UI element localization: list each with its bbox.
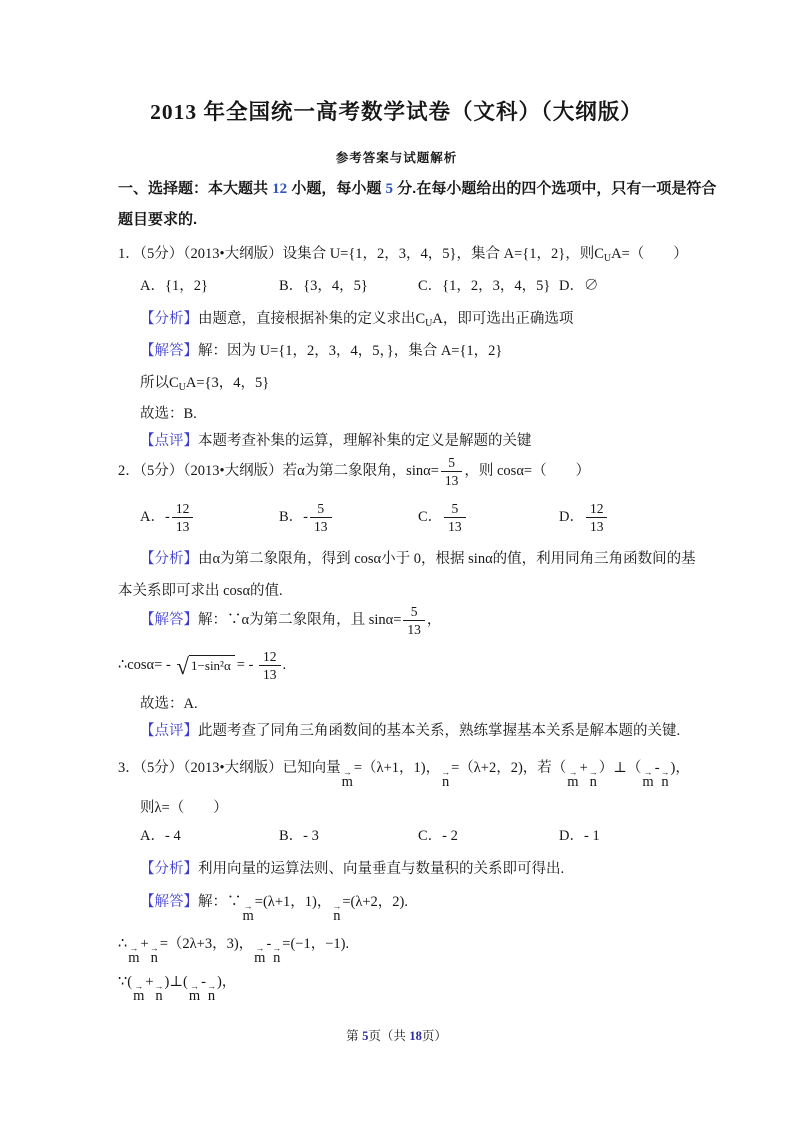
- q1-comment-text: 本题考查补集的运算，理解补集的定义是解题的关键: [198, 433, 532, 449]
- option-label: D．: [559, 278, 584, 294]
- vector-m: →m: [342, 769, 353, 790]
- q1-analysis-text: A，即可选出正确选项: [432, 311, 573, 327]
- section-heading-line1: 一、选择题：本大题共 12 小题，每小题 5 分.在每小题给出的四个选项中，只有…: [118, 174, 716, 204]
- q1-answer-line1: 【解答】解：因为 U={1，2，3，4，5，}，集合 A={1，2}: [140, 335, 502, 367]
- vector-letter: m: [133, 989, 144, 1004]
- fraction-denominator: 13: [586, 518, 608, 534]
- q3-answer-line1: 【解答】解：∵→m=(λ+1，1)，→n=(λ+2，2).: [140, 882, 408, 924]
- option-label: A．: [140, 278, 165, 294]
- q2-answer-text: 解：∵α为第二象限角，且 sinα=: [198, 612, 401, 628]
- page-footer: 第 5页（共 18页）: [0, 1020, 793, 1052]
- q2-stem: 2．（5分）（2013•大纲版）若α为第二象限角，sinα=513，则 cosα…: [118, 449, 590, 493]
- option-label: A．: [140, 509, 165, 525]
- vector-letter: m: [189, 989, 200, 1004]
- option-value: - 4: [165, 828, 181, 844]
- fraction: 1213: [259, 649, 281, 682]
- vector-m: →m: [243, 903, 254, 924]
- q3-stem-text: ）⊥（: [599, 760, 642, 776]
- option-value: {3，4，5}: [303, 278, 368, 294]
- vector-letter: m: [567, 775, 578, 790]
- answer-label: 【解答】: [140, 612, 198, 628]
- section-text: 分.在每小题给出的四个选项中，只有一项是符合: [393, 180, 716, 197]
- footer-text: 第: [346, 1029, 362, 1043]
- vector-m: →m: [567, 769, 578, 790]
- q2-answer-line1: 【解答】解：∵α为第二象限角，且 sinα=513，: [140, 598, 441, 642]
- radical-sign: √: [176, 656, 189, 678]
- fraction-numerator: 5: [444, 501, 466, 518]
- vector-letter: m: [243, 909, 254, 924]
- fraction-denominator: 13: [444, 518, 466, 534]
- vector-letter: m: [254, 951, 265, 966]
- q2-answer-text: ，: [427, 612, 442, 628]
- q3-stem-text: -: [655, 760, 660, 776]
- q3-stem-line1: 3．（5分）（2013•大纲版）已知向量→m=（λ+1，1)，→n=（λ+2，2…: [118, 750, 690, 790]
- q2-options: A．-1213 B．-513 C．513 D．1213: [140, 493, 675, 541]
- fraction-numerator: 5: [310, 501, 332, 518]
- q2-comment-text: 此题考查了同角三角函数间的基本关系，熟练掌握基本关系是解本题的关键.: [198, 723, 680, 739]
- q3-option-c: C．- 2: [418, 820, 559, 852]
- fraction-numerator: 5: [441, 455, 463, 472]
- q3-stem-text: )，: [671, 760, 690, 776]
- q3-stem-text: =（λ+1，1)，: [354, 760, 440, 776]
- fraction: 1213: [172, 501, 194, 534]
- footer-text: 页）: [422, 1029, 447, 1043]
- vector-letter: n: [155, 989, 162, 1004]
- q1-stem-text: A=（ ）: [611, 246, 688, 262]
- q3-answer-line2: ∴→m+→n=（2λ+3，3)，→m-→n=(−1，−1).: [118, 924, 349, 966]
- section-text: 一、选择题：本大题共: [118, 180, 272, 197]
- vector-n: →n: [661, 769, 670, 790]
- vector-letter: n: [590, 775, 597, 790]
- vector-m: →m: [642, 769, 653, 790]
- option-label: B．: [279, 828, 303, 844]
- fraction: 513: [441, 455, 463, 488]
- q2-option-d: D．1213: [559, 493, 675, 541]
- vector-m: →m: [189, 983, 200, 1004]
- square-root-expression: √1−sin²α: [176, 655, 234, 677]
- section-text: 小题，每小题: [287, 180, 385, 197]
- fraction: 513: [310, 501, 332, 534]
- vector-letter: n: [661, 775, 668, 790]
- exam-document-page: 2013 年全国统一高考数学试卷（文科）（大纲版） 参考答案与试题解析 一、选择…: [0, 0, 793, 1122]
- q3-answer-text: =（2λ+3，3)，: [160, 936, 253, 952]
- question-count: 12: [272, 181, 287, 197]
- option-sign: -: [303, 509, 308, 525]
- q2-stem-text: 2．（5分）（2013•大纲版）若α为第二象限角，sinα=: [118, 463, 439, 479]
- vector-m: →m: [254, 945, 265, 966]
- q2-answer-line2: ∴cosα= - √1−sin²α= - 1213.: [118, 641, 286, 689]
- option-value: ∅: [584, 278, 599, 294]
- option-label: A．: [140, 828, 165, 844]
- option-label: C．: [418, 509, 442, 525]
- q3-answer-line3: ∵(→m+→n)⊥(→m-→n)，: [118, 962, 236, 1004]
- fraction: 1213: [586, 501, 608, 534]
- option-label: D．: [559, 828, 584, 844]
- q3-option-b: B．- 3: [279, 820, 418, 852]
- fraction: 513: [444, 501, 466, 534]
- comment-label: 【点评】: [140, 433, 198, 449]
- q1-analysis: 【分析】由题意，直接根据补集的定义求出CUA，即可选出正确选项: [140, 303, 573, 335]
- fraction-numerator: 12: [586, 501, 608, 518]
- q1-answer-text: 解：因为 U={1，2，3，4，5，}，集合 A={1，2}: [198, 343, 502, 359]
- q2-option-a: A．-1213: [140, 493, 279, 541]
- fraction-numerator: 12: [259, 649, 281, 666]
- fraction-denominator: 13: [310, 518, 332, 534]
- q1-stem: 1．（5分）（2013•大纲版）设集合 U={1，2，3，4，5}，集合 A={…: [118, 238, 688, 270]
- q3-answer-text: +: [145, 974, 153, 990]
- q2-stem-text: ，则 cosα=（ ）: [464, 463, 590, 479]
- analysis-label: 【分析】: [140, 311, 198, 327]
- option-label: B．: [279, 509, 303, 525]
- option-label: D．: [559, 509, 584, 525]
- q3-answer-text: =(λ+1，1)，: [255, 894, 332, 910]
- answer-label: 【解答】: [140, 343, 198, 359]
- q3-answer-text: )⊥(: [165, 974, 188, 990]
- q1-option-d: D．∅: [559, 270, 675, 302]
- q3-option-d: D．- 1: [559, 820, 675, 852]
- option-value: {1，2，3，4，5}: [442, 278, 550, 294]
- comment-label: 【点评】: [140, 723, 198, 739]
- fraction-denominator: 13: [172, 518, 194, 534]
- q3-stem-text: 3．（5分）（2013•大纲版）已知向量: [118, 760, 341, 776]
- vector-n: →n: [441, 769, 450, 790]
- option-value: {1，2}: [165, 278, 208, 294]
- answer-label: 【解答】: [140, 894, 198, 910]
- q2-answer-text: = -: [237, 657, 257, 673]
- vector-n: →n: [272, 945, 281, 966]
- q1-option-b: B．{3，4，5}: [279, 270, 418, 302]
- q1-option-a: A．{1，2}: [140, 270, 279, 302]
- analysis-label: 【分析】: [140, 551, 198, 567]
- q3-answer-text: -: [266, 936, 271, 952]
- option-value: - 3: [303, 828, 319, 844]
- vector-letter: n: [208, 989, 215, 1004]
- q3-answer-text: +: [141, 936, 149, 952]
- q3-answer-text: -: [201, 974, 206, 990]
- fraction: 513: [403, 604, 425, 637]
- option-label: C．: [418, 278, 442, 294]
- q2-analysis-text: 由α为第二象限角，得到 cosα小于 0，根据 sinα的值，利用同角三角函数间…: [198, 551, 696, 567]
- total-page-count: 18: [409, 1029, 422, 1043]
- q1-answer-text: A={3，4，5}: [186, 375, 269, 391]
- fraction-denominator: 13: [403, 621, 425, 637]
- points-per-question: 5: [386, 181, 394, 197]
- page-subtitle: 参考答案与试题解析: [0, 142, 793, 174]
- q3-answer-text: 解：∵: [198, 894, 242, 910]
- vector-letter: m: [342, 775, 353, 790]
- q1-stem-text: 1．（5分）（2013•大纲版）设集合 U={1，2，3，4，5}，集合 A={…: [118, 246, 604, 262]
- q3-analysis: 【分析】利用向量的运算法则、向量垂直与数量积的关系即可得出.: [140, 853, 564, 885]
- q2-analysis-line1: 【分析】由α为第二象限角，得到 cosα小于 0，根据 sinα的值，利用同角三…: [140, 543, 696, 575]
- q3-answer-text: ∵(: [118, 974, 132, 990]
- vector-letter: m: [642, 775, 653, 790]
- vector-letter: n: [442, 775, 449, 790]
- q2-comment: 【点评】此题考查了同角三角函数间的基本关系，熟练掌握基本关系是解本题的关键.: [140, 715, 680, 747]
- option-sign: -: [165, 509, 170, 525]
- option-value: - 1: [584, 828, 600, 844]
- q3-stem-text: +: [580, 760, 588, 776]
- q2-option-b: B．-513: [279, 493, 418, 541]
- q1-options: A．{1，2} B．{3，4，5} C．{1，2，3，4，5} D．∅: [140, 270, 675, 302]
- vector-n: →n: [332, 903, 341, 924]
- q3-answer-text: =(−1，−1).: [282, 936, 349, 952]
- q1-analysis-text: 由题意，直接根据补集的定义求出C: [198, 311, 425, 327]
- vector-letter: n: [273, 951, 280, 966]
- q1-answer-text: 所以C: [140, 375, 179, 391]
- q1-answer-line2: 所以CUA={3，4，5}: [140, 367, 269, 399]
- option-label: B．: [279, 278, 303, 294]
- footer-text: 页（共: [368, 1029, 409, 1043]
- vector-n: →n: [207, 983, 216, 1004]
- q3-stem-text: =（λ+2，2)，若（: [451, 760, 566, 776]
- vector-m: →m: [133, 983, 144, 1004]
- q3-analysis-text: 利用向量的运算法则、向量垂直与数量积的关系即可得出.: [198, 861, 564, 877]
- option-value: - 2: [442, 828, 458, 844]
- section-heading-line2: 题目要求的.: [118, 205, 197, 235]
- q3-answer-text: )，: [217, 974, 236, 990]
- vector-n: →n: [589, 769, 598, 790]
- q3-options: A．- 4 B．- 3 C．- 2 D．- 1: [140, 820, 675, 852]
- q2-option-c: C．513: [418, 493, 559, 541]
- fraction-numerator: 12: [172, 501, 194, 518]
- radicand: 1−sin²α: [189, 655, 235, 674]
- q2-answer-text: .: [283, 657, 287, 673]
- q3-answer-text: =(λ+2，2).: [342, 894, 408, 910]
- fraction-denominator: 13: [259, 666, 281, 682]
- q2-answer-text: ∴cosα= -: [118, 657, 174, 673]
- fraction-denominator: 13: [441, 472, 463, 488]
- analysis-label: 【分析】: [140, 861, 198, 877]
- fraction-numerator: 5: [403, 604, 425, 621]
- page-title: 2013 年全国统一高考数学试卷（文科）（大纲版）: [0, 96, 793, 128]
- q1-option-c: C．{1，2，3，4，5}: [418, 270, 559, 302]
- vector-n: →n: [155, 983, 164, 1004]
- q3-answer-text: ∴: [118, 936, 127, 952]
- option-label: C．: [418, 828, 442, 844]
- complement-subscript: U: [179, 382, 186, 393]
- vector-letter: n: [333, 909, 340, 924]
- q3-option-a: A．- 4: [140, 820, 279, 852]
